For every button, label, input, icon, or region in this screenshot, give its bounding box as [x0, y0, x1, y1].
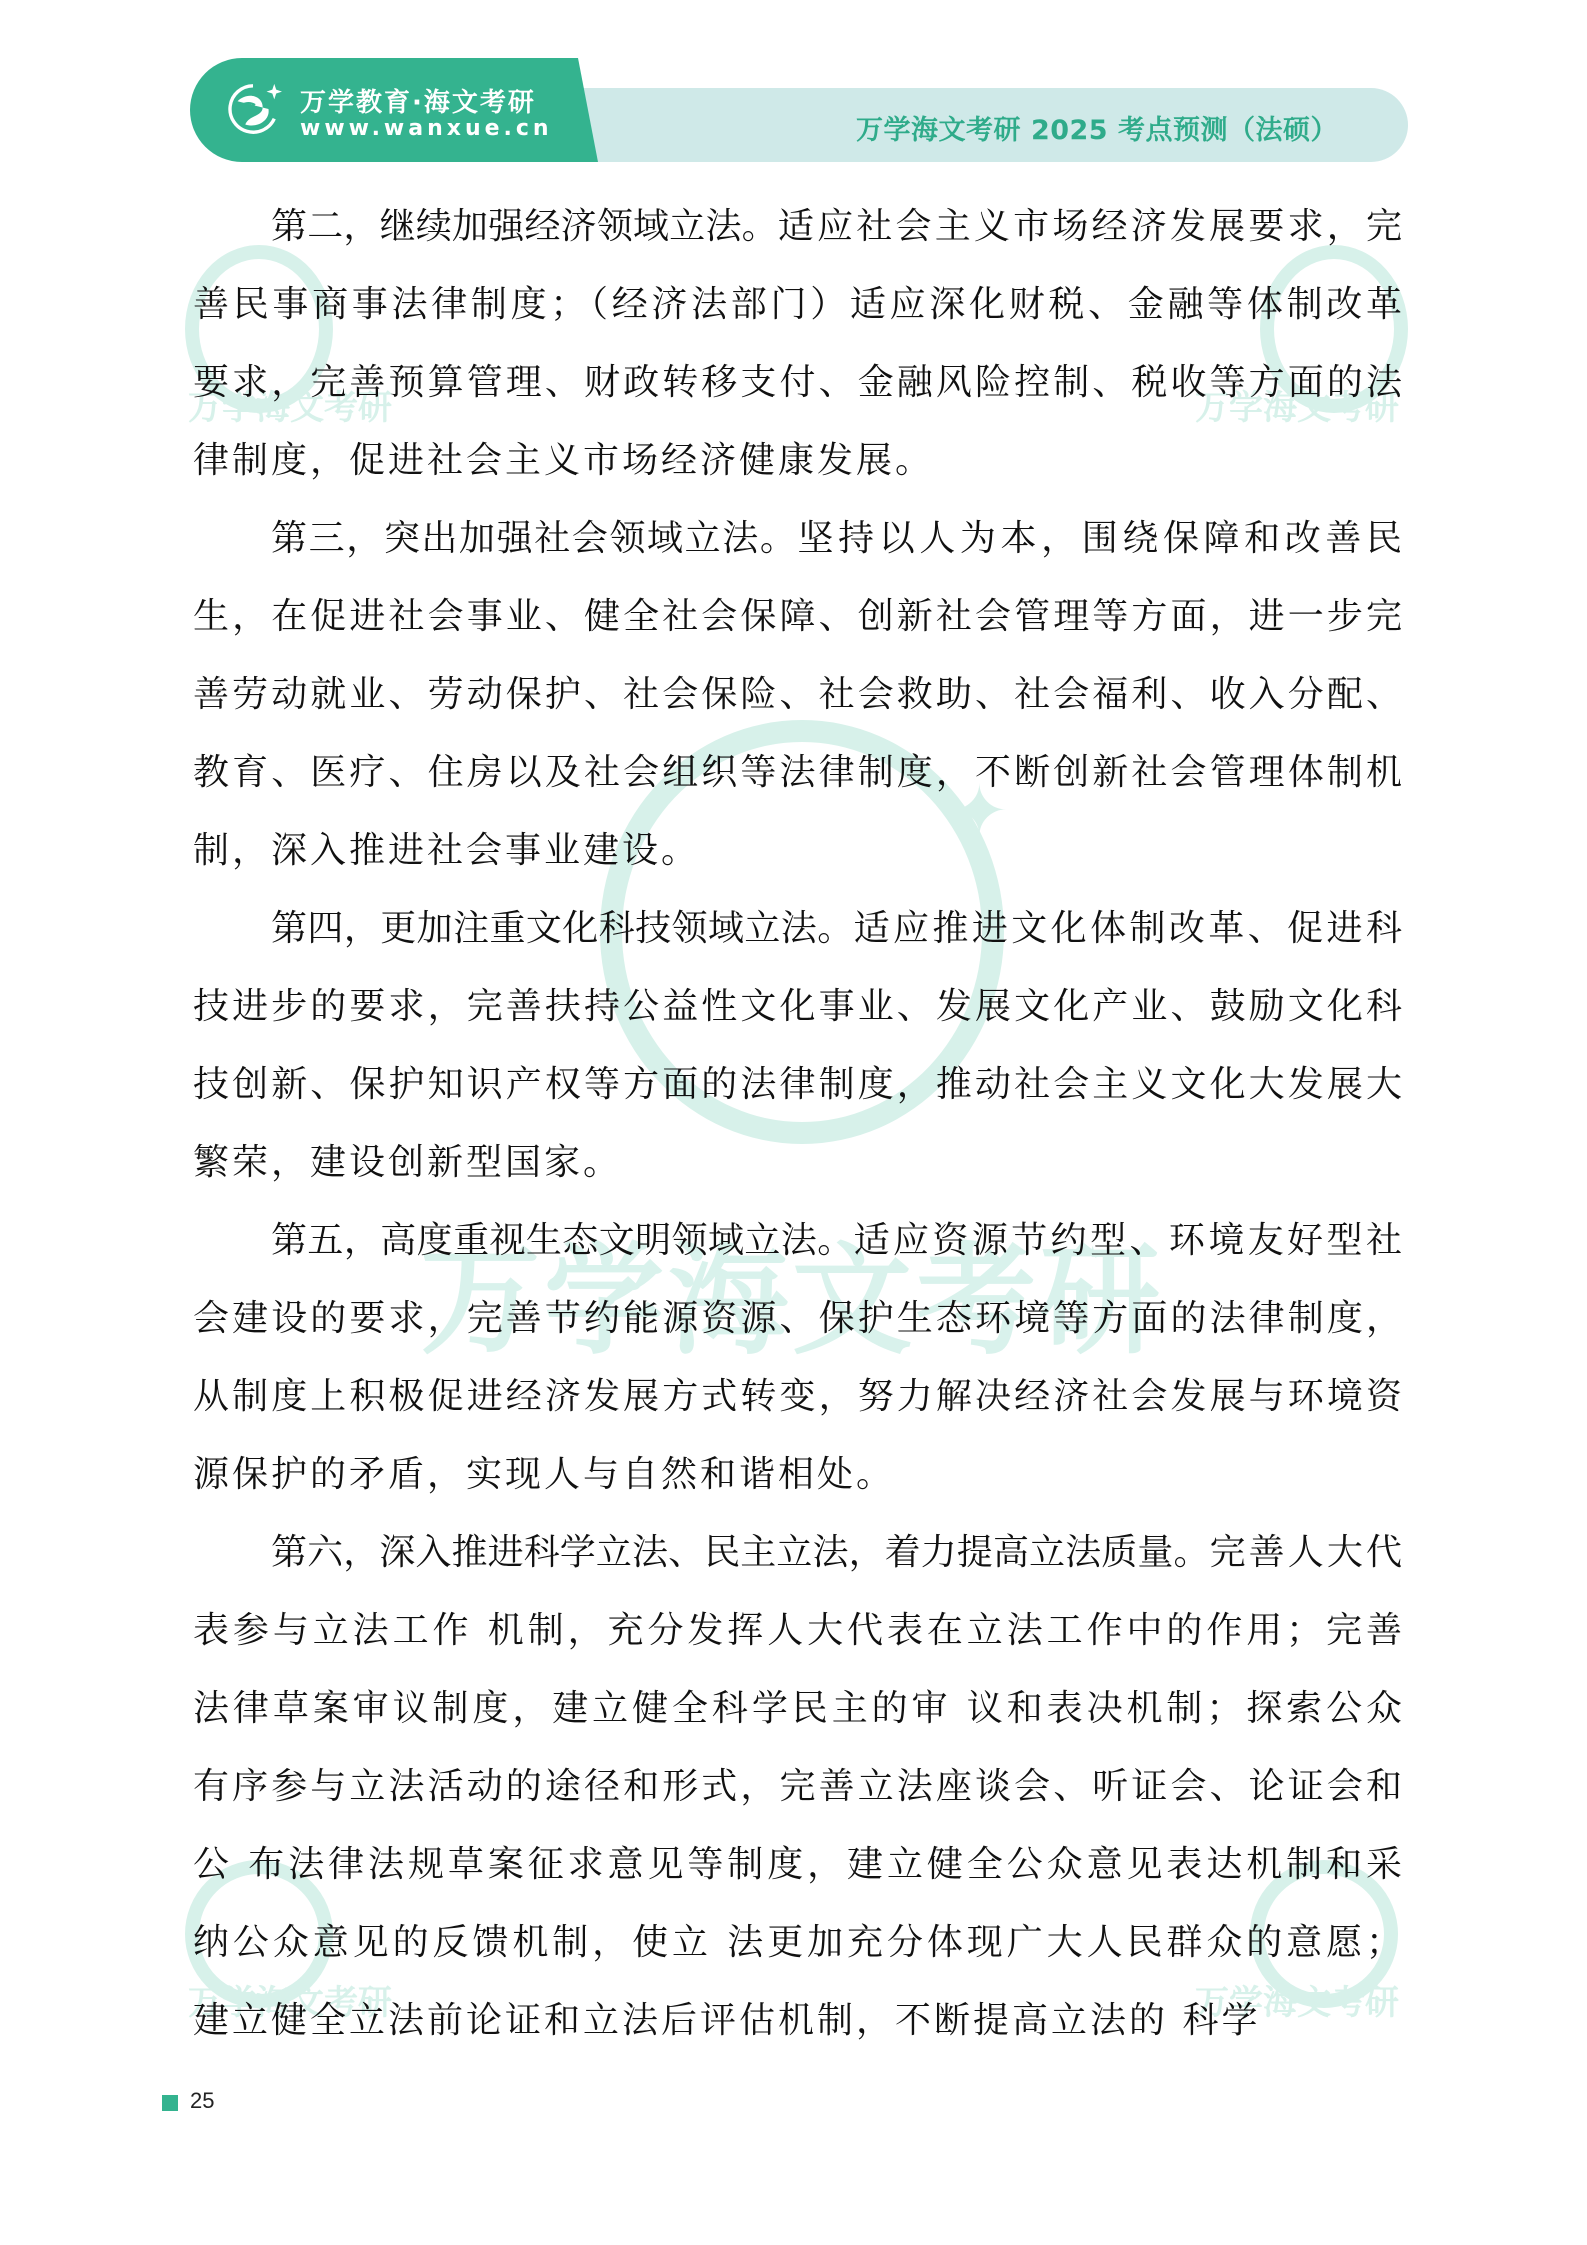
- paragraph-lead: 第四，更加注重文化科技领域立法。: [271, 908, 854, 949]
- paragraph-text: 适应推进文化体制改革、促进科技进步的要求，完善扶持公益性文化事业、发展文化产业、…: [193, 908, 1405, 1183]
- header-title: 万学海文考研 2025 考点预测（法硕）: [856, 108, 1338, 147]
- brand-banner: 万学教育·海文考研 www.wanxue.cn: [190, 58, 598, 162]
- paragraph-social: 第三，突出加强社会领域立法。坚持以人为本，围绕保障和改善民生，在促进社会事业、健…: [193, 500, 1405, 890]
- paragraph-ecology: 第五，高度重视生态文明领域立法。适应资源节约型、环境友好型社会建设的要求，完善节…: [193, 1202, 1405, 1514]
- brand-url: www.wanxue.cn: [300, 116, 553, 141]
- paragraph-culture-tech: 第四，更加注重文化科技领域立法。适应推进文化体制改革、促进科技进步的要求，完善扶…: [193, 890, 1405, 1202]
- wanxue-logo-icon: [224, 80, 282, 138]
- page-number-marker: [162, 2095, 178, 2111]
- header-title-bar: 万学海文考研 2025 考点预测（法硕）: [560, 88, 1408, 162]
- paragraph-text: 坚持以人为本，围绕保障和改善民生，在促进社会事业、健全社会保障、创新社会管理等方…: [193, 518, 1405, 871]
- paragraph-economic: 第二，继续加强经济领域立法。适应社会主义市场经济发展要求，完善民事商事法律制度；…: [193, 188, 1405, 500]
- paragraph-text: 完善人大代表参与立法工作 机制，充分发挥人大代表在立法工作中的作用；完善法律草案…: [193, 1532, 1405, 2041]
- document-body: 第二，继续加强经济领域立法。适应社会主义市场经济发展要求，完善民事商事法律制度；…: [193, 188, 1405, 2060]
- brand-name: 万学教育·海文考研: [300, 82, 536, 119]
- page-number: 25: [190, 2088, 214, 2114]
- paragraph-lead: 第五，高度重视生态文明领域立法。: [271, 1220, 854, 1261]
- paragraph-legislative-quality: 第六，深入推进科学立法、民主立法，着力提高立法质量。完善人大代表参与立法工作 机…: [193, 1514, 1405, 2060]
- paragraph-lead: 第六，深入推进科学立法、民主立法，着力提高立法质量。: [271, 1532, 1210, 1573]
- paragraph-text: 适应资源节约型、环境友好型社会建设的要求，完善节约能源资源、保护生态环境等方面的…: [193, 1220, 1405, 1495]
- paragraph-text: 适应社会主义市场经济发展要求，完善民事商事法律制度；（经济法部门）适应深化财税、…: [193, 206, 1405, 481]
- paragraph-lead: 第三，突出加强社会领域立法。: [271, 518, 798, 559]
- paragraph-lead: 第二，继续加强经济领域立法。: [271, 206, 778, 247]
